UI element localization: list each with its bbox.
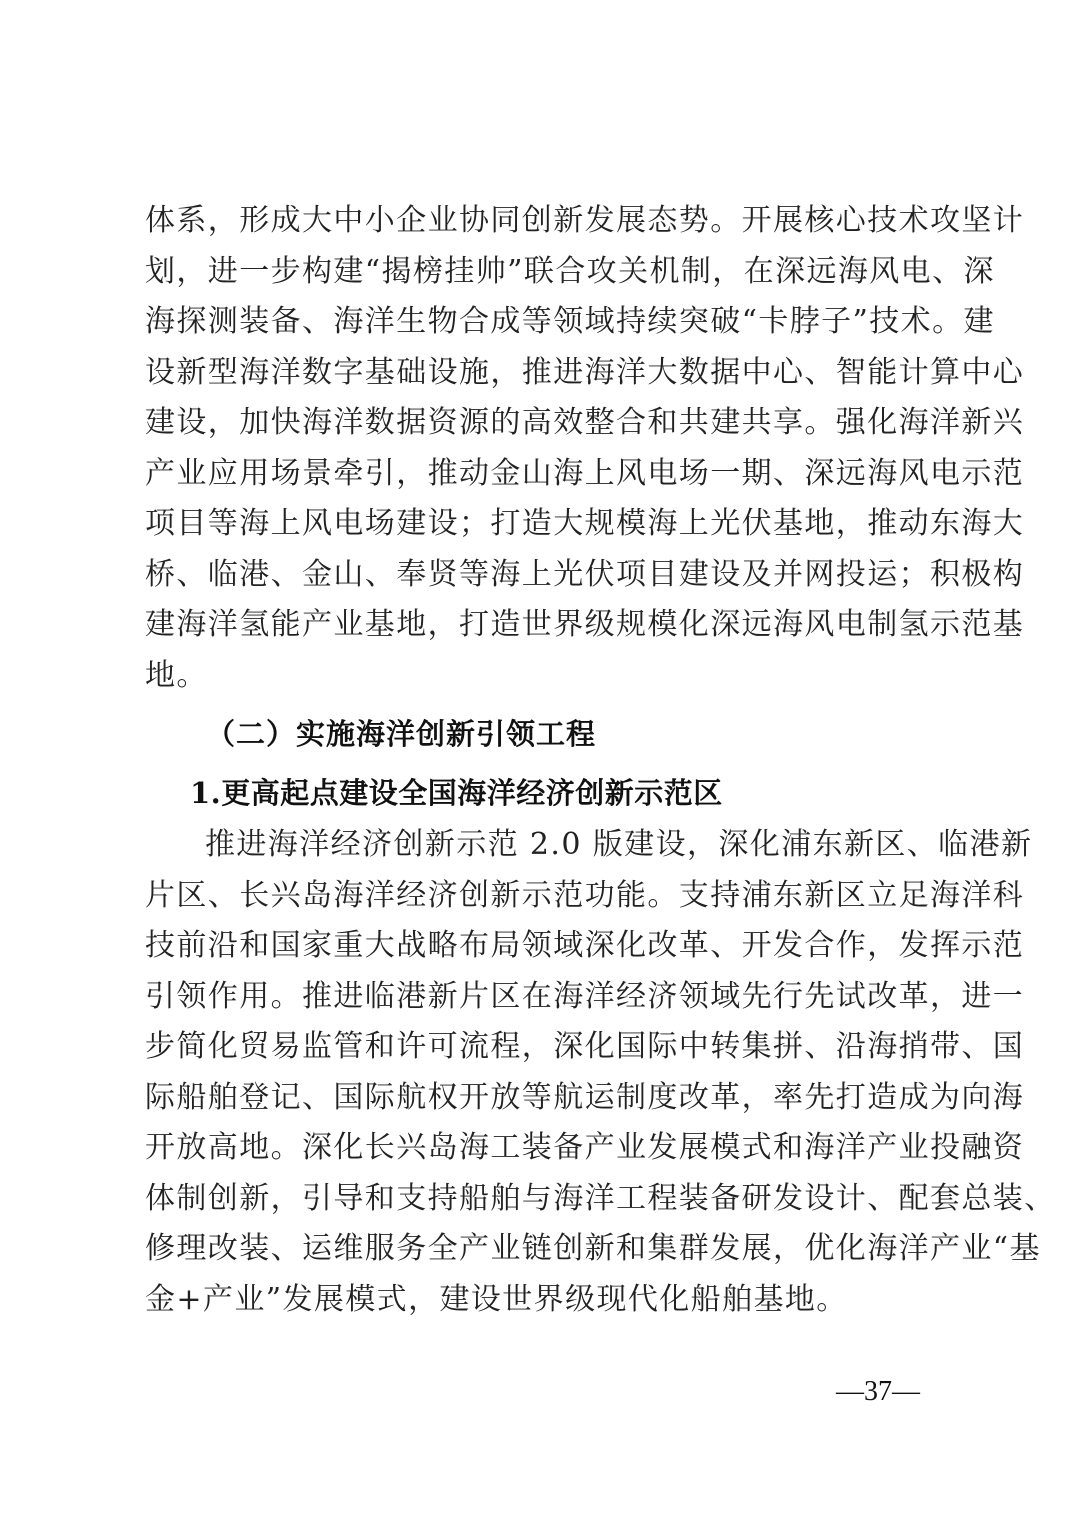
text-line: 修理改装、运维服务全产业链创新和集群发展，优化海洋产业“基 bbox=[145, 1224, 945, 1274]
text-line: 片区、长兴岛海洋经济创新示范功能。支持浦东新区立足海洋科 bbox=[145, 871, 945, 921]
text-line: 技前沿和国家重大战略布局领域深化改革、开发合作，发挥示范 bbox=[145, 921, 945, 971]
text-line: 步简化贸易监管和许可流程，深化国际中转集拼、沿海捎带、国 bbox=[145, 1022, 945, 1072]
text-line: 划，进一步构建“揭榜挂帅”联合攻关机制，在深远海风电、深 bbox=[145, 247, 945, 297]
document-page: 体系，形成大中小企业协同创新发展态势。开展核心技术攻坚计 划，进一步构建“揭榜挂… bbox=[0, 0, 1080, 1528]
text-line: 建设，加快海洋数据资源的高效整合和共建共享。强化海洋新兴 bbox=[145, 398, 945, 448]
text-line: 际船舶登记、国际航权开放等航运制度改革，率先打造成为向海 bbox=[145, 1073, 945, 1123]
text-line: 海探测装备、海洋生物合成等领域持续突破“卡脖子”技术。建 bbox=[145, 297, 945, 347]
text-line: 设新型海洋数字基础设施，推进海洋大数据中心、智能计算中心 bbox=[145, 348, 945, 398]
text-line: 金+产业”发展模式，建设世界级现代化船舶基地。 bbox=[145, 1275, 945, 1325]
page-number: —37— bbox=[836, 1374, 920, 1410]
text-line: 推进海洋经济创新示范 2.0 版建设，深化浦东新区、临港新 bbox=[205, 820, 945, 870]
section-heading: （二）实施海洋创新引领工程 bbox=[206, 709, 596, 759]
text-line: 产业应用场景牵引，推动金山海上风电场一期、深远海风电示范 bbox=[145, 449, 945, 499]
text-line: 体系，形成大中小企业协同创新发展态势。开展核心技术攻坚计 bbox=[145, 196, 945, 246]
text-line: 引领作用。推进临港新片区在海洋经济领域先行先试改革，进一 bbox=[145, 972, 945, 1022]
text-line: 体制创新，引导和支持船舶与海洋工程装备研发设计、配套总装、 bbox=[145, 1174, 945, 1224]
text-line: 建海洋氢能产业基地，打造世界级规模化深远海风电制氢示范基 bbox=[145, 600, 945, 650]
subsection-heading: 1.更高起点建设全国海洋经济创新示范区 bbox=[190, 768, 723, 818]
text-line: 项目等海上风电场建设；打造大规模海上光伏基地，推动东海大 bbox=[145, 499, 945, 549]
text-line: 开放高地。深化长兴岛海工装备产业发展模式和海洋产业投融资 bbox=[145, 1123, 945, 1173]
text-line: 地。 bbox=[145, 651, 945, 701]
text-line: 桥、临港、金山、奉贤等海上光伏项目建设及并网投运；积极构 bbox=[145, 550, 945, 600]
